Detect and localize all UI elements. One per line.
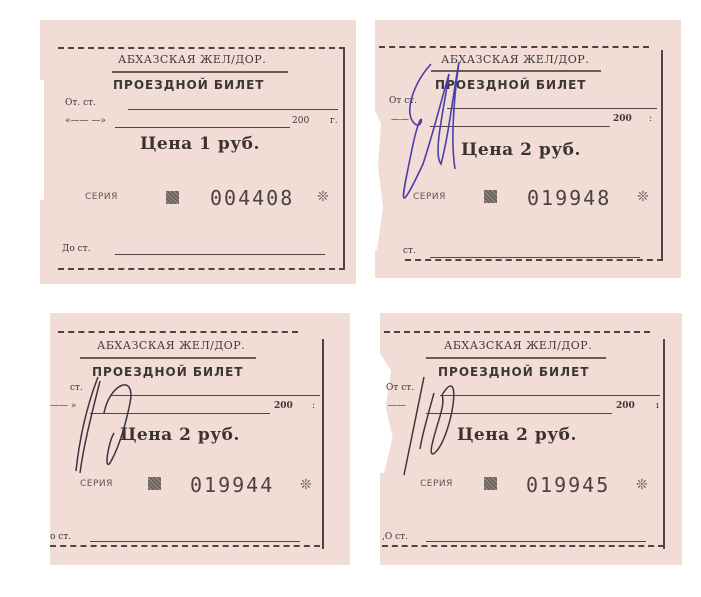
- to-station-label: ,О ст.: [382, 532, 408, 542]
- ticket-2: АБХАЗСКАЯ ЖЕЛ/ДОР. ПРОЕЗДНОЙ БИЛЕТ От ст…: [375, 20, 681, 278]
- railway-underline: [112, 71, 288, 73]
- signature-icon: [393, 54, 473, 204]
- ticket-number: 019948: [527, 186, 611, 210]
- to-station-line: [90, 541, 300, 542]
- ticket-number: 019944: [190, 473, 274, 497]
- year-suffix: г.: [330, 116, 338, 126]
- frame-bottom: [50, 545, 320, 547]
- rosette-icon: ❊: [317, 190, 329, 204]
- year-value: 200: [292, 116, 309, 126]
- direction-arrow: «—— —»: [65, 116, 106, 126]
- to-station-label: ст.: [403, 246, 416, 256]
- torn-edge: [375, 110, 385, 250]
- rosette-icon: ❊: [636, 478, 648, 492]
- railway-name: АБХАЗСКАЯ ЖЕЛ/ДОР.: [97, 339, 245, 352]
- year-value: 200: [616, 401, 635, 411]
- to-station-label: До ст.: [62, 244, 90, 254]
- to-station-line: [115, 254, 325, 255]
- from-station-line: [110, 395, 320, 396]
- stamp-square-icon: [484, 477, 497, 490]
- frame-bottom: [405, 259, 663, 261]
- signature-icon: [70, 373, 140, 483]
- frame-top: [58, 331, 298, 333]
- ticket-4: АБХАЗСКАЯ ЖЕЛ/ДОР. ПРОЕЗДНОЙ БИЛЕТ От ст…: [380, 313, 682, 565]
- frame-right: [322, 339, 324, 549]
- year-value: 200: [274, 401, 293, 411]
- railway-name: АБХАЗСКАЯ ЖЕЛ/ДОР.: [118, 53, 266, 66]
- rosette-icon: ❊: [637, 190, 649, 204]
- railway-name: АБХАЗСКАЯ ЖЕЛ/ДОР.: [444, 339, 592, 352]
- railway-underline: [426, 357, 606, 359]
- frame-right: [661, 50, 663, 260]
- stamp-square-icon: [166, 191, 179, 204]
- year-suffix: :: [649, 114, 652, 124]
- ticket-3: АБХАЗСКАЯ ЖЕЛ/ДОР. ПРОЕЗДНОЙ БИЛЕТ ст. —…: [50, 313, 350, 565]
- price: Цена 2 руб.: [461, 140, 581, 160]
- price: Цена 1 руб.: [140, 134, 260, 154]
- frame-right: [343, 47, 345, 269]
- ticket-1: АБХАЗСКАЯ ЖЕЛ/ДОР. ПРОЕЗДНОЙ БИЛЕТ От. с…: [40, 20, 356, 284]
- frame-top: [384, 331, 650, 333]
- torn-edge: [40, 80, 44, 200]
- ticket-title: ПРОЕЗДНОЙ БИЛЕТ: [113, 78, 264, 92]
- to-station-label: о ст.: [50, 532, 71, 542]
- frame-top: [379, 46, 649, 48]
- ticket-number: 019945: [526, 473, 610, 497]
- ticket-number: 004408: [210, 186, 294, 210]
- frame-bottom: [58, 268, 345, 270]
- torn-edge: [380, 353, 394, 473]
- frame-bottom: [382, 545, 664, 547]
- date-line: [115, 127, 290, 128]
- stamp-square-icon: [148, 477, 161, 490]
- year-suffix: :: [312, 401, 315, 411]
- price: Цена 2 руб.: [457, 425, 577, 445]
- stamp-square-icon: [484, 190, 497, 203]
- from-station-line: [447, 108, 657, 109]
- railway-underline: [80, 357, 256, 359]
- year-suffix: ı: [656, 401, 659, 411]
- to-station-line: [426, 541, 646, 542]
- series-label: СЕРИЯ: [85, 192, 118, 202]
- rosette-icon: ❊: [300, 478, 312, 492]
- signature-icon: [398, 375, 468, 485]
- from-station-label: От. ст.: [65, 98, 96, 108]
- to-station-line: [430, 257, 640, 258]
- year-value: 200: [613, 114, 632, 124]
- frame-right: [663, 339, 665, 549]
- from-station-line: [440, 395, 660, 396]
- from-station-line: [128, 109, 338, 110]
- frame-top: [58, 47, 345, 49]
